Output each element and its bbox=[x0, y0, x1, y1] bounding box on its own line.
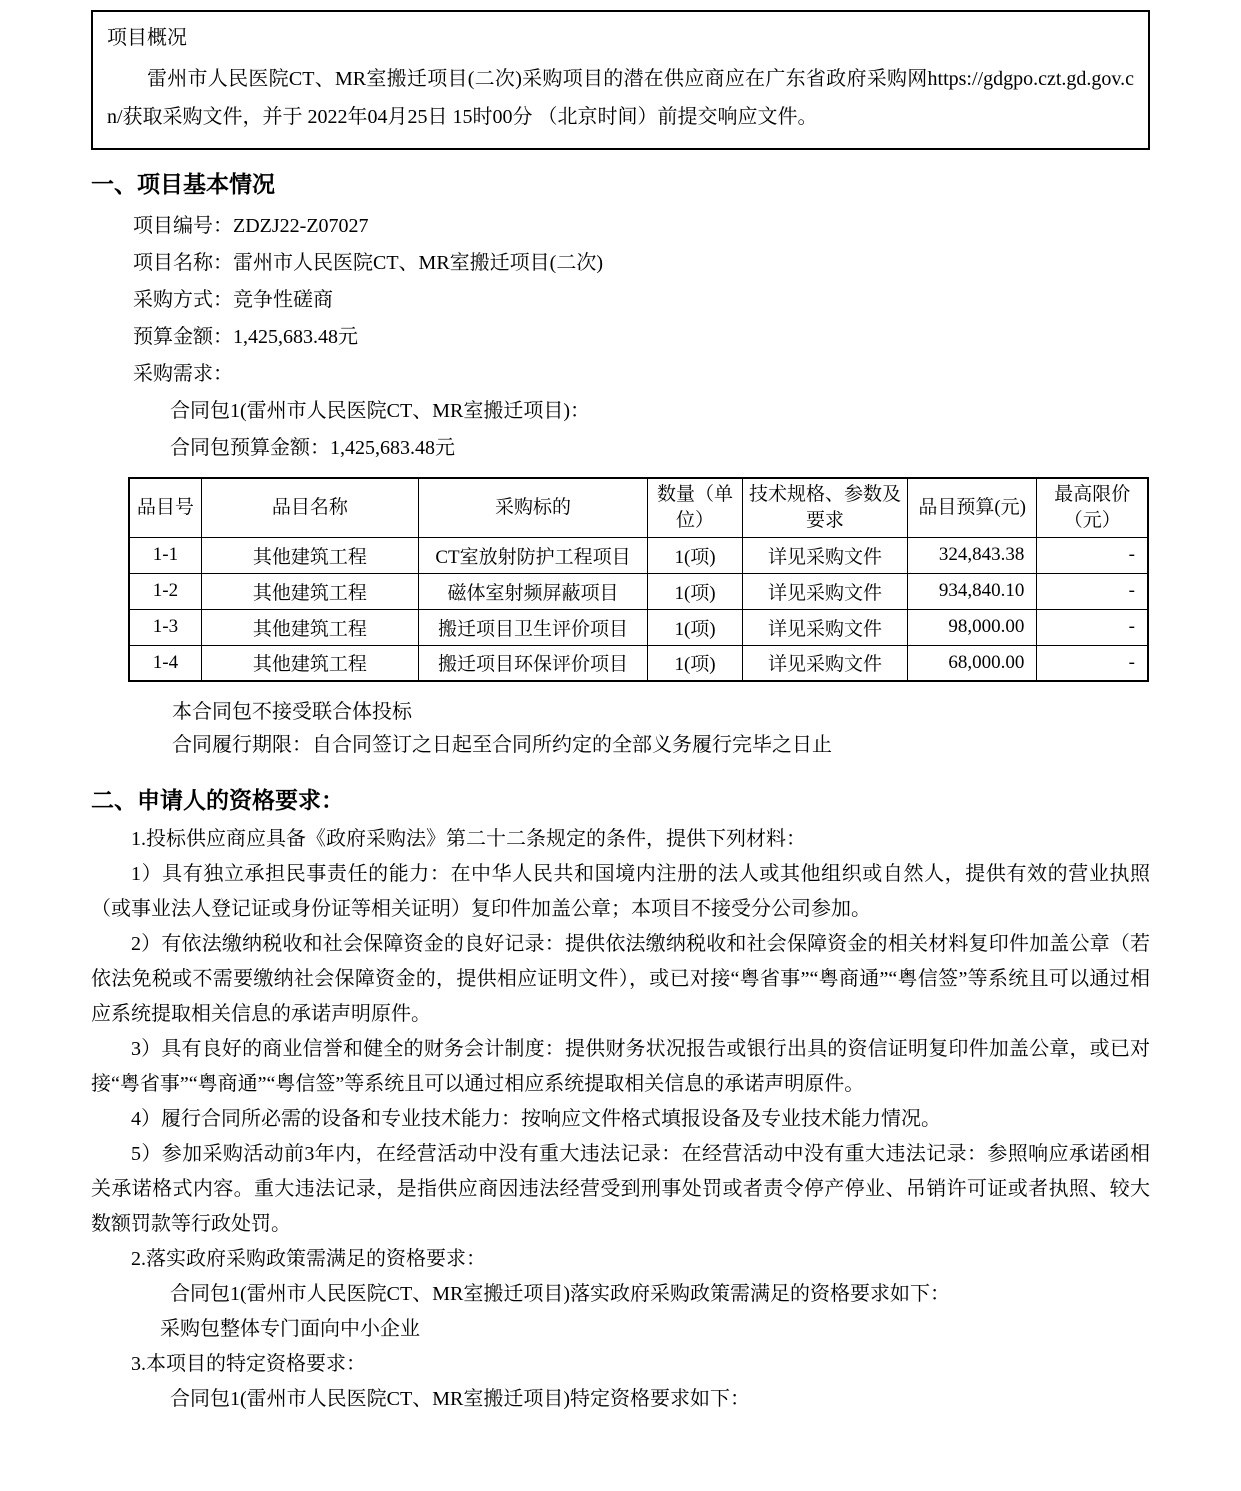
paragraph: 合同包1(雷州市人民医院CT、MR室搬迁项目)特定资格要求如下： bbox=[91, 1382, 1150, 1417]
table-cell: 搬迁项目环保评价项目 bbox=[418, 645, 647, 681]
table-cell: 详见采购文件 bbox=[742, 537, 907, 573]
field-line: 预算金额：1,425,683.48元 bbox=[91, 319, 1150, 356]
field-label: 采购需求： bbox=[133, 363, 233, 385]
package-line: 合同包1(雷州市人民医院CT、MR室搬迁项目)： bbox=[91, 393, 1150, 430]
paragraph: 采购包整体专门面向中小企业 bbox=[91, 1312, 1150, 1347]
table-cell: 1-4 bbox=[129, 645, 201, 681]
paragraph: 5）参加采购活动前3年内，在经营活动中没有重大违法记录：在经营活动中没有重大违法… bbox=[91, 1137, 1150, 1242]
table-cell: 其他建筑工程 bbox=[201, 573, 418, 609]
table-cell: 搬迁项目卫生评价项目 bbox=[418, 609, 647, 645]
after-table-lines: 本合同包不接受联合体投标合同履行期限：自合同签订之日起至合同所约定的全部义务履行… bbox=[91, 696, 1150, 762]
table-row: 1-1其他建筑工程CT室放射防护工程项目1(项)详见采购文件324,843.38… bbox=[129, 537, 1148, 573]
table-header-row: 品目号品目名称采购标的数量（单位）技术规格、参数及要求品目预算(元)最高限价（元… bbox=[129, 478, 1148, 537]
section2-heading: 二、申请人的资格要求： bbox=[91, 786, 1150, 816]
paragraph: 3）具有良好的商业信誉和健全的财务会计制度：提供财务状况报告或银行出具的资信证明… bbox=[91, 1032, 1150, 1102]
section1-heading: 一、项目基本情况 bbox=[91, 170, 1150, 200]
package-lines: 合同包1(雷州市人民医院CT、MR室搬迁项目)：合同包预算金额：1,425,68… bbox=[91, 393, 1150, 467]
table-cell: CT室放射防护工程项目 bbox=[418, 537, 647, 573]
table-cell: 磁体室射频屏蔽项目 bbox=[418, 573, 647, 609]
table-cell: 详见采购文件 bbox=[742, 609, 907, 645]
table-cell: 68,000.00 bbox=[907, 645, 1036, 681]
table-cell: 934,840.10 bbox=[907, 573, 1036, 609]
field-value: 雷州市人民医院CT、MR室搬迁项目(二次) bbox=[233, 252, 603, 274]
paragraph: 2.落实政府采购政策需满足的资格要求： bbox=[91, 1242, 1150, 1277]
table-cell: - bbox=[1037, 609, 1148, 645]
field-value: 1,425,683.48元 bbox=[233, 326, 358, 348]
table-cell: 1(项) bbox=[648, 537, 743, 573]
table-header-cell: 品目号 bbox=[129, 478, 201, 537]
table-cell: 1-3 bbox=[129, 609, 201, 645]
table-cell: 1-1 bbox=[129, 537, 201, 573]
table-header-cell: 采购标的 bbox=[418, 478, 647, 537]
table-cell: - bbox=[1037, 573, 1148, 609]
overview-body: 雷州市人民医院CT、MR室搬迁项目(二次)采购项目的潜在供应商应在广东省政府采购… bbox=[107, 60, 1134, 136]
table-cell: - bbox=[1037, 645, 1148, 681]
table-cell: 其他建筑工程 bbox=[201, 537, 418, 573]
field-line: 项目名称：雷州市人民医院CT、MR室搬迁项目(二次) bbox=[91, 245, 1150, 282]
table-cell: - bbox=[1037, 537, 1148, 573]
field-line: 采购需求： bbox=[91, 356, 1150, 393]
table-cell: 详见采购文件 bbox=[742, 573, 907, 609]
field-line: 项目编号：ZDZJ22-Z07027 bbox=[91, 208, 1150, 245]
table-cell: 324,843.38 bbox=[907, 537, 1036, 573]
note-line: 合同履行期限：自合同签订之日起至合同所约定的全部义务履行完毕之日止 bbox=[91, 729, 1150, 762]
section1-fields: 项目编号：ZDZJ22-Z07027项目名称：雷州市人民医院CT、MR室搬迁项目… bbox=[91, 208, 1150, 393]
table-cell: 98,000.00 bbox=[907, 609, 1036, 645]
paragraph: 1）具有独立承担民事责任的能力：在中华人民共和国境内注册的法人或其他组织或自然人… bbox=[91, 857, 1150, 927]
procurement-items-table: 品目号品目名称采购标的数量（单位）技术规格、参数及要求品目预算(元)最高限价（元… bbox=[128, 477, 1149, 682]
table-cell: 1(项) bbox=[648, 609, 743, 645]
field-label: 项目名称： bbox=[133, 252, 233, 274]
table-header-cell: 最高限价（元） bbox=[1037, 478, 1148, 537]
field-line: 采购方式：竞争性磋商 bbox=[91, 282, 1150, 319]
table-row: 1-4其他建筑工程搬迁项目环保评价项目1(项)详见采购文件68,000.00- bbox=[129, 645, 1148, 681]
section2-paragraphs: 1.投标供应商应具备《政府采购法》第二十二条规定的条件，提供下列材料：1）具有独… bbox=[91, 822, 1150, 1417]
project-overview-box: 项目概况 雷州市人民医院CT、MR室搬迁项目(二次)采购项目的潜在供应商应在广东… bbox=[91, 10, 1150, 150]
table-header-cell: 品目名称 bbox=[201, 478, 418, 537]
note-line: 本合同包不接受联合体投标 bbox=[91, 696, 1150, 729]
paragraph: 3.本项目的特定资格要求： bbox=[91, 1347, 1150, 1382]
field-value: ZDZJ22-Z07027 bbox=[233, 215, 369, 237]
overview-title: 项目概况 bbox=[107, 26, 1134, 50]
paragraph: 2）有依法缴纳税收和社会保障资金的良好记录：提供依法缴纳税收和社会保障资金的相关… bbox=[91, 927, 1150, 1032]
table-body: 1-1其他建筑工程CT室放射防护工程项目1(项)详见采购文件324,843.38… bbox=[129, 537, 1148, 681]
table-cell: 详见采购文件 bbox=[742, 645, 907, 681]
paragraph: 合同包1(雷州市人民医院CT、MR室搬迁项目)落实政府采购政策需满足的资格要求如… bbox=[91, 1277, 1150, 1312]
table-row: 1-3其他建筑工程搬迁项目卫生评价项目1(项)详见采购文件98,000.00- bbox=[129, 609, 1148, 645]
field-label: 采购方式： bbox=[133, 289, 233, 311]
document-page: 项目概况 雷州市人民医院CT、MR室搬迁项目(二次)采购项目的潜在供应商应在广东… bbox=[0, 0, 1241, 1417]
field-value: 竞争性磋商 bbox=[233, 289, 333, 311]
paragraph: 4）履行合同所必需的设备和专业技术能力：按响应文件格式填报设备及专业技术能力情况… bbox=[91, 1102, 1150, 1137]
paragraph: 1.投标供应商应具备《政府采购法》第二十二条规定的条件，提供下列材料： bbox=[91, 822, 1150, 857]
package-line: 合同包预算金额：1,425,683.48元 bbox=[91, 430, 1150, 467]
table-header-cell: 技术规格、参数及要求 bbox=[742, 478, 907, 537]
table-header-cell: 数量（单位） bbox=[648, 478, 743, 537]
table-cell: 其他建筑工程 bbox=[201, 645, 418, 681]
table-cell: 其他建筑工程 bbox=[201, 609, 418, 645]
table-cell: 1(项) bbox=[648, 645, 743, 681]
field-label: 项目编号： bbox=[133, 215, 233, 237]
table-row: 1-2其他建筑工程磁体室射频屏蔽项目1(项)详见采购文件934,840.10- bbox=[129, 573, 1148, 609]
field-label: 预算金额： bbox=[133, 326, 233, 348]
table-cell: 1(项) bbox=[648, 573, 743, 609]
table-header-cell: 品目预算(元) bbox=[907, 478, 1036, 537]
table-cell: 1-2 bbox=[129, 573, 201, 609]
